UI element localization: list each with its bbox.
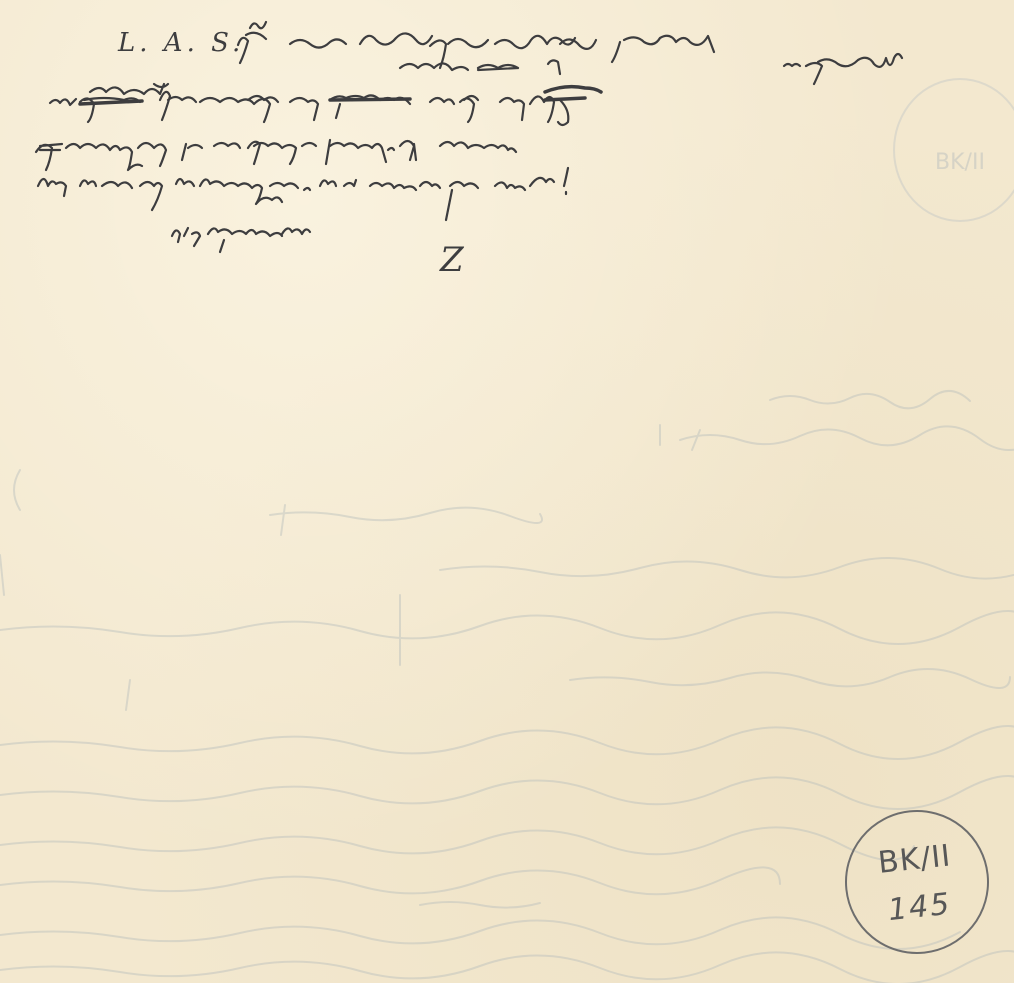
salutation: L. A. S. xyxy=(118,28,244,58)
stamp-page-number: 145 xyxy=(848,883,991,932)
stamp-collection-code: BK/II xyxy=(843,835,986,884)
signature-initial: Z xyxy=(440,240,464,280)
